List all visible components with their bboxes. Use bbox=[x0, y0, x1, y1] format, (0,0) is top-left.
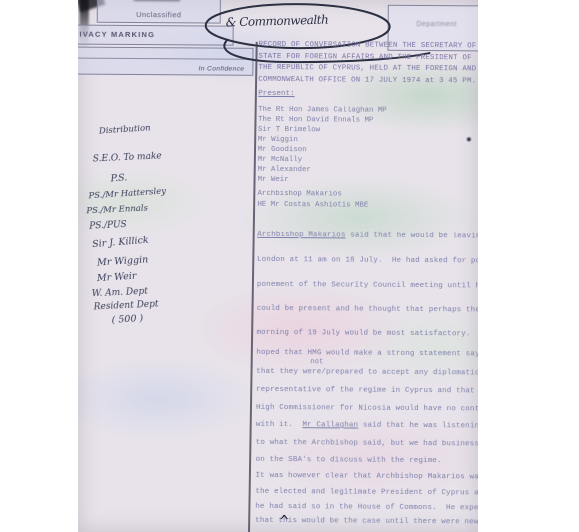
handwritten-line: Mr Weir bbox=[97, 271, 137, 284]
body-text: Archbishop Makarios said that he would b… bbox=[259, 0, 478, 1]
privacy-marking-box: PRIVACY MARKING bbox=[78, 24, 234, 45]
handwritten-line: PS./Mr Hattersley bbox=[88, 187, 166, 202]
body-line: morning of 19 July would be most satisfa… bbox=[257, 329, 478, 339]
handwritten-line: Distribution bbox=[99, 123, 151, 136]
title-line: COMMONWEALTH OFFICE ON 17 JULY 1974 at 3… bbox=[258, 74, 476, 87]
body-line: that they were/prepared to accept any di… bbox=[256, 368, 478, 378]
present-uk-list: The Rt Hon James Callaghan MPThe Rt Hon … bbox=[258, 105, 387, 186]
confidence-label: In Confidence bbox=[199, 65, 245, 72]
body-line: he had said so in the House of Commons. … bbox=[255, 503, 478, 513]
body-line: on the SBA's to discuss with the regime. bbox=[256, 456, 442, 465]
body-line: Archbishop Makarios said that he would b… bbox=[257, 231, 478, 241]
ink-speck bbox=[467, 137, 471, 141]
typed-insertion: not bbox=[310, 358, 323, 366]
body-line: It was however clear that Archbishop Mak… bbox=[256, 472, 478, 482]
list-item: Archbishop Makarios bbox=[257, 189, 368, 200]
list-item: Mr Weir bbox=[258, 175, 387, 186]
document-photo-content: Unclassified PRIVACY MARKING In Confiden… bbox=[78, 0, 478, 532]
body-line: could be present and he thought that per… bbox=[257, 305, 478, 315]
body-line: ponement of the Security Council meeting… bbox=[257, 281, 478, 291]
annotation-text: & Commonwealth bbox=[226, 13, 329, 30]
body-line: High Commissioner for Nicosia would have… bbox=[256, 404, 478, 414]
title-line: RECORD OF CONVERSATION BETWEEN THE SECRE… bbox=[258, 40, 476, 53]
cut-off-text-fragment bbox=[134, 0, 180, 1]
handwritten-line: Sir J. Killick bbox=[92, 235, 149, 250]
body-line: to what the Archbishop said, but we had … bbox=[256, 439, 478, 449]
handwritten-line: ( 500 ) bbox=[111, 313, 143, 326]
body-line: hoped that HMG would make a strong state… bbox=[256, 349, 478, 359]
document-photo: Unclassified PRIVACY MARKING In Confiden… bbox=[78, 0, 478, 532]
privacy-marking-label: PRIVACY MARKING bbox=[78, 30, 155, 40]
handwritten-line: P.S. bbox=[110, 172, 127, 184]
underlined-phrase: Mr Callaghan bbox=[302, 421, 358, 429]
list-item: HE Mr Costas Ashiotis MBE bbox=[257, 199, 368, 210]
body-line: London at 11 am on 18 July. He had asked… bbox=[257, 256, 478, 266]
handwritten-line: PS./PUS bbox=[89, 220, 127, 232]
handwritten-line: Mr Wiggin bbox=[97, 254, 149, 268]
underlined-phrase: Archbishop Makarios bbox=[257, 231, 345, 240]
body-line: the elected and legitimate President of … bbox=[255, 488, 478, 498]
handwritten-line: S.E.O. To make bbox=[93, 151, 162, 164]
caret-mark: ^ bbox=[279, 512, 289, 530]
handwritten-line: PS./Mr Ennals bbox=[86, 203, 148, 216]
body-line: representative of the regime in Cyprus a… bbox=[256, 386, 475, 396]
classification-box: Unclassified bbox=[97, 0, 221, 24]
body-line: with it. Mr Callaghan said that he was l… bbox=[256, 421, 478, 431]
handwritten-line: W. Am. Dept bbox=[92, 287, 148, 300]
present-cyprus-list: Archbishop MakariosHE Mr Costas Ashiotis… bbox=[257, 189, 368, 211]
classification-label: Unclassified bbox=[98, 10, 220, 20]
title-line: THE REPUBLIC OF CYPRUS, HELD AT THE FORE… bbox=[258, 63, 476, 76]
present-heading: Present: bbox=[258, 90, 295, 98]
box-divider-line bbox=[78, 57, 252, 59]
department-label: Department bbox=[389, 21, 478, 29]
confidence-box: In Confidence bbox=[78, 46, 254, 75]
document-title: RECORD OF CONVERSATION BETWEEN THE SECRE… bbox=[258, 40, 476, 88]
handwritten-line: Resident Dept bbox=[94, 299, 159, 312]
